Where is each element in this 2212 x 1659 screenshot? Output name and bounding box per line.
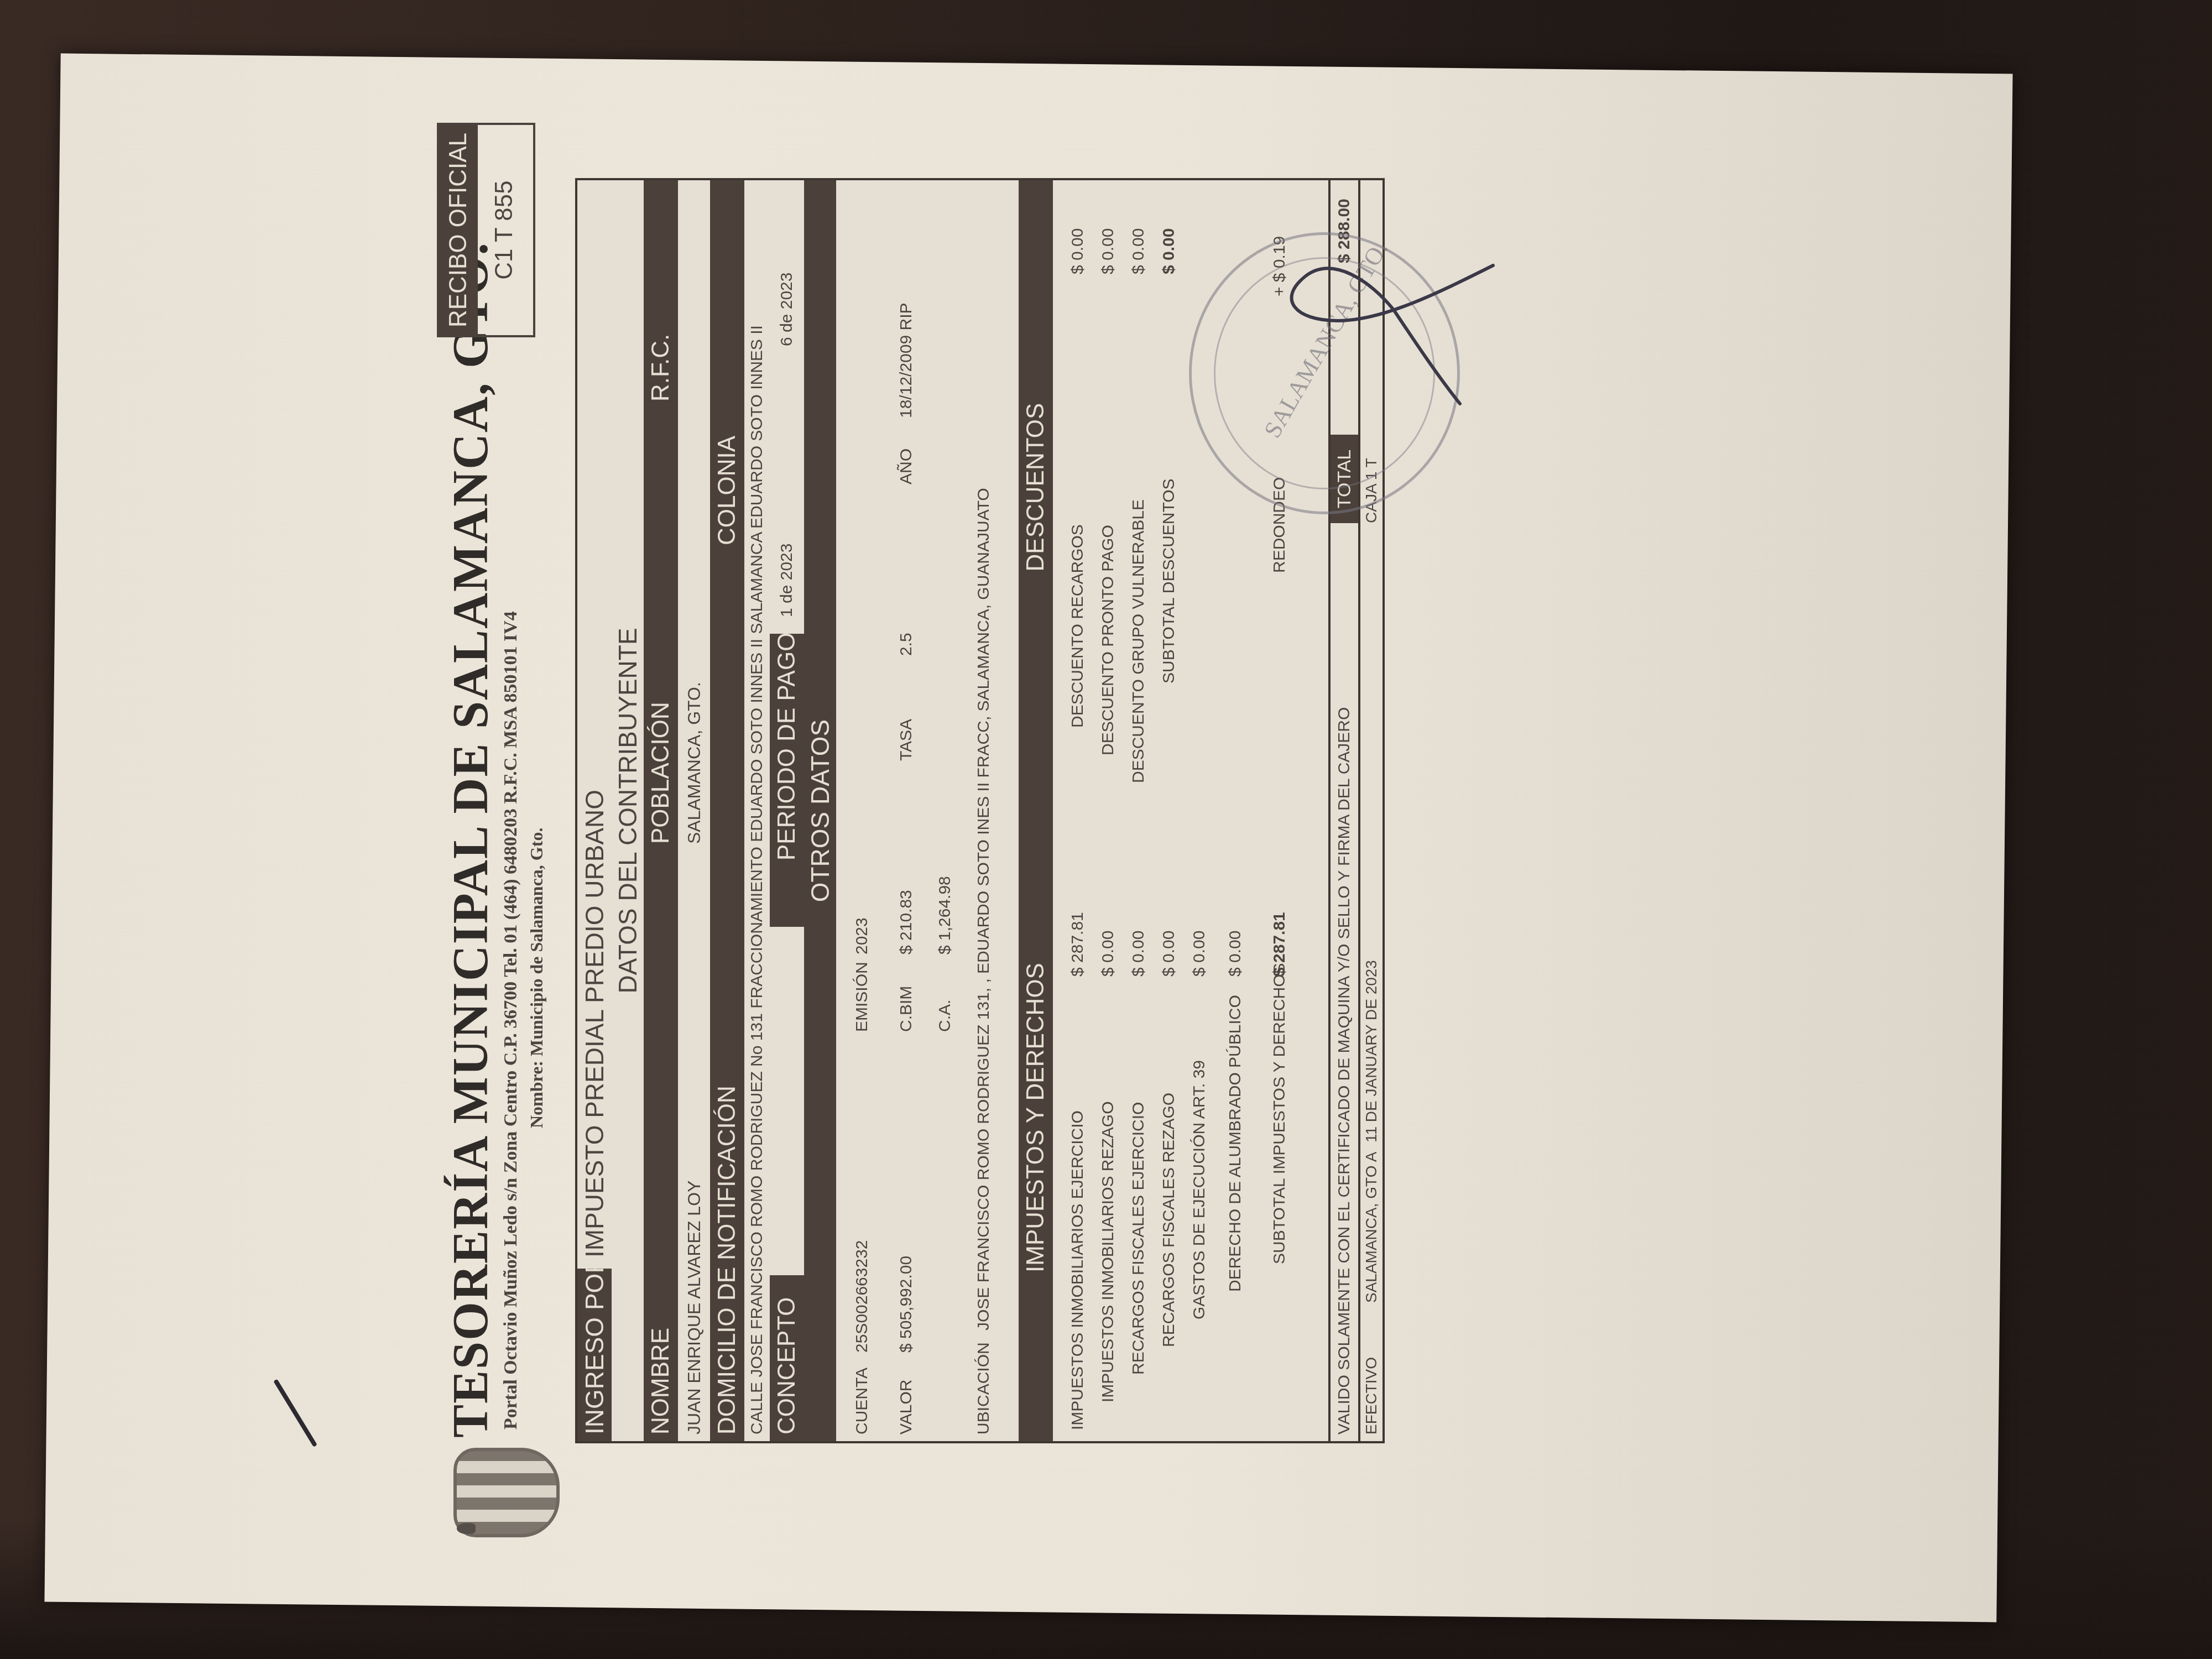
descuentos-title: DESCUENTOS (1019, 180, 1053, 794)
otros-datos-title: OTROS DATOS (805, 719, 835, 902)
descuento-amount: $ 0.00 (1068, 228, 1087, 274)
impuestos-column: IMPUESTOS Y DERECHOS IMPUESTOS INMOBILIA… (1019, 794, 1328, 1441)
nombre-label: NOMBRE (647, 1328, 675, 1434)
contribuyente-data-row: JUAN ENRIQUE ALVAREZ LOY SALAMANCA, GTO. (678, 180, 710, 1441)
concepto-label: CONCEPTO (770, 1297, 804, 1434)
section-title-text: DATOS DEL CONTRIBUYENTE (613, 628, 643, 993)
rfc-label: R.F.C. (647, 334, 675, 401)
periodo-values: 1 de 2023 6 de 2023 (770, 180, 804, 634)
ingreso-label: INGRESO POR (577, 1269, 612, 1441)
receipt-label: RECIBO OFICIAL (439, 125, 478, 335)
payment-date: 11 DE JANUARY DE 2023 (1363, 960, 1380, 1142)
tasa-label: TASA (897, 719, 916, 761)
domicilio-data-row: CALLE JOSE FRANCISCO ROMO RODRIGUEZ No 1… (744, 180, 770, 1441)
ubicacion-value: JOSE FRANCISCO ROMO RODRIGUEZ 131, , EDU… (974, 488, 993, 1331)
nombre-value: JUAN ENRIQUE ALVAREZ LOY (684, 1181, 705, 1434)
impuestos-subtotal: $ 287.81 (1270, 912, 1289, 977)
colonia-label: COLONIA (713, 436, 741, 545)
anio-label: AÑO (897, 448, 916, 484)
emision-value: 2023 (853, 917, 872, 954)
emision-label: EMISIÓN (853, 962, 872, 1032)
validity-note: VALIDO SOLAMENTE CON EL CERTIFICADO DE M… (1335, 707, 1354, 1434)
valor-label: VALOR (897, 1380, 916, 1434)
otros-datos-section: CUENTA 25S002663232 EMISIÓN 2023 VALOR $… (836, 180, 1019, 1441)
impuesto-label: GASTOS DE EJECUCIÓN ART. 39 (1190, 1060, 1209, 1319)
ca-value: $ 1,264.98 (936, 876, 954, 954)
crest-ornament-icon (457, 1523, 476, 1534)
cuenta-label: CUENTA (853, 1368, 872, 1434)
periodo-fin: 6 de 2023 (770, 273, 804, 346)
cbim-label: C.BIM (897, 986, 916, 1032)
descuento-label: DESCUENTO RECARGOS (1068, 524, 1087, 728)
poblacion-value: SALAMANCA, GTO. (684, 682, 705, 844)
contribuyente-section-title: DATOS DEL CONTRIBUYENTE (612, 180, 644, 1441)
descuento-amount: $ 0.00 (1099, 228, 1118, 274)
valor-value: $ 505,992.00 (897, 1256, 916, 1353)
municipality-name: Nombre: Municipio de Salamanca, Gto. (526, 828, 547, 1128)
receipt: TESORERÍA MUNICIPAL DE SALAMANCA, GTO. P… (431, 111, 1217, 1548)
signature-icon (1272, 260, 1504, 426)
impuestos-title: IMPUESTOS Y DERECHOS (1019, 794, 1053, 1441)
treasury-title: TESORERÍA MUNICIPAL DE SALAMANCA, GTO. (442, 242, 499, 1438)
contribuyente-header-row: NOMBRE POBLACIÓN R.F.C. (644, 180, 678, 1441)
payment-place: SALAMANCA, GTO A (1363, 1152, 1380, 1303)
descuento-label: DESCUENTO GRUPO VULNERABLE (1129, 499, 1148, 783)
impuesto-label: RECARGOS FISCALES EJERCICIO (1129, 1102, 1148, 1375)
descuento-amount: $ 0.00 (1129, 228, 1148, 274)
domicilio-value: CALLE JOSE FRANCISCO ROMO RODRIGUEZ No 1… (748, 531, 766, 1434)
periodo-inicio: 1 de 2023 (770, 544, 804, 617)
ingreso-row: INGRESO POR IMPUESTO PREDIAL PREDIO URBA… (577, 180, 612, 1441)
impuesto-amount: $ 287.81 (1068, 912, 1087, 977)
impuesto-label: RECARGOS FISCALES REZAGO (1160, 1093, 1178, 1347)
concepto-row: CONCEPTO PERIODO DE PAGO 1 de 2023 6 de … (770, 180, 804, 1441)
impuesto-amount: $ 0.00 (1099, 931, 1118, 977)
descuento-label: DESCUENTO PRONTO PAGO (1099, 525, 1118, 755)
impuesto-amount: $ 0.00 (1190, 931, 1209, 977)
domicilio-label: DOMICILIO DE NOTIFICACIÓN (713, 1086, 741, 1434)
ca-label: C.A. (936, 1000, 954, 1032)
treasury-address: Portal Octavio Muñoz Ledo s/n Zona Centr… (500, 611, 521, 1430)
payment-method: EFECTIVO (1363, 1357, 1380, 1434)
tasa-value: 2.5 (897, 633, 916, 656)
domicilio-header-row: DOMICILIO DE NOTIFICACIÓN COLONIA (710, 180, 744, 1441)
anio-value: 18/12/2009 RIP (897, 303, 916, 419)
municipal-crest-icon (453, 1448, 560, 1537)
descuentos-subtotal: $ 0.00 (1160, 228, 1178, 274)
colonia-value: EDUARDO SOTO INNES II (748, 325, 766, 529)
impuesto-label: DERECHO DE ALUMBRADO PÚBLICO (1226, 995, 1245, 1292)
periodo-label: PERIODO DE PAGO (770, 633, 804, 860)
ingreso-value: IMPUESTO PREDIAL PREDIO URBANO (577, 180, 612, 1269)
concepto-value (770, 927, 804, 1275)
impuesto-amount: $ 0.00 (1129, 931, 1148, 977)
receipt-number: C1 T 855 (478, 125, 531, 335)
impuesto-label: IMPUESTOS INMOBILIARIOS EJERCICIO (1068, 1110, 1087, 1430)
cbim-value: $ 210.83 (897, 890, 916, 954)
cuenta-value: 25S002663232 (853, 1240, 872, 1353)
pen-mark (273, 1379, 317, 1447)
impuestos-subtotal-label: SUBTOTAL IMPUESTOS Y DERECHOS (1270, 963, 1289, 1264)
receipt-header: TESORERÍA MUNICIPAL DE SALAMANCA, GTO. P… (431, 111, 564, 1548)
impuesto-label: IMPUESTOS INMOBILIARIOS REZAGO (1099, 1101, 1118, 1402)
ubicacion-label: UBICACIÓN (974, 1342, 993, 1434)
otros-datos-header: OTROS DATOS (804, 180, 836, 1441)
impuesto-amount: $ 0.00 (1160, 931, 1178, 977)
receipt-number-box: RECIBO OFICIAL C1 T 855 (437, 123, 535, 337)
impuesto-amount: $ 0.00 (1226, 931, 1245, 977)
descuentos-subtotal-label: SUBTOTAL DESCUENTOS (1160, 478, 1178, 684)
poblacion-label: POBLACIÓN (647, 702, 675, 844)
